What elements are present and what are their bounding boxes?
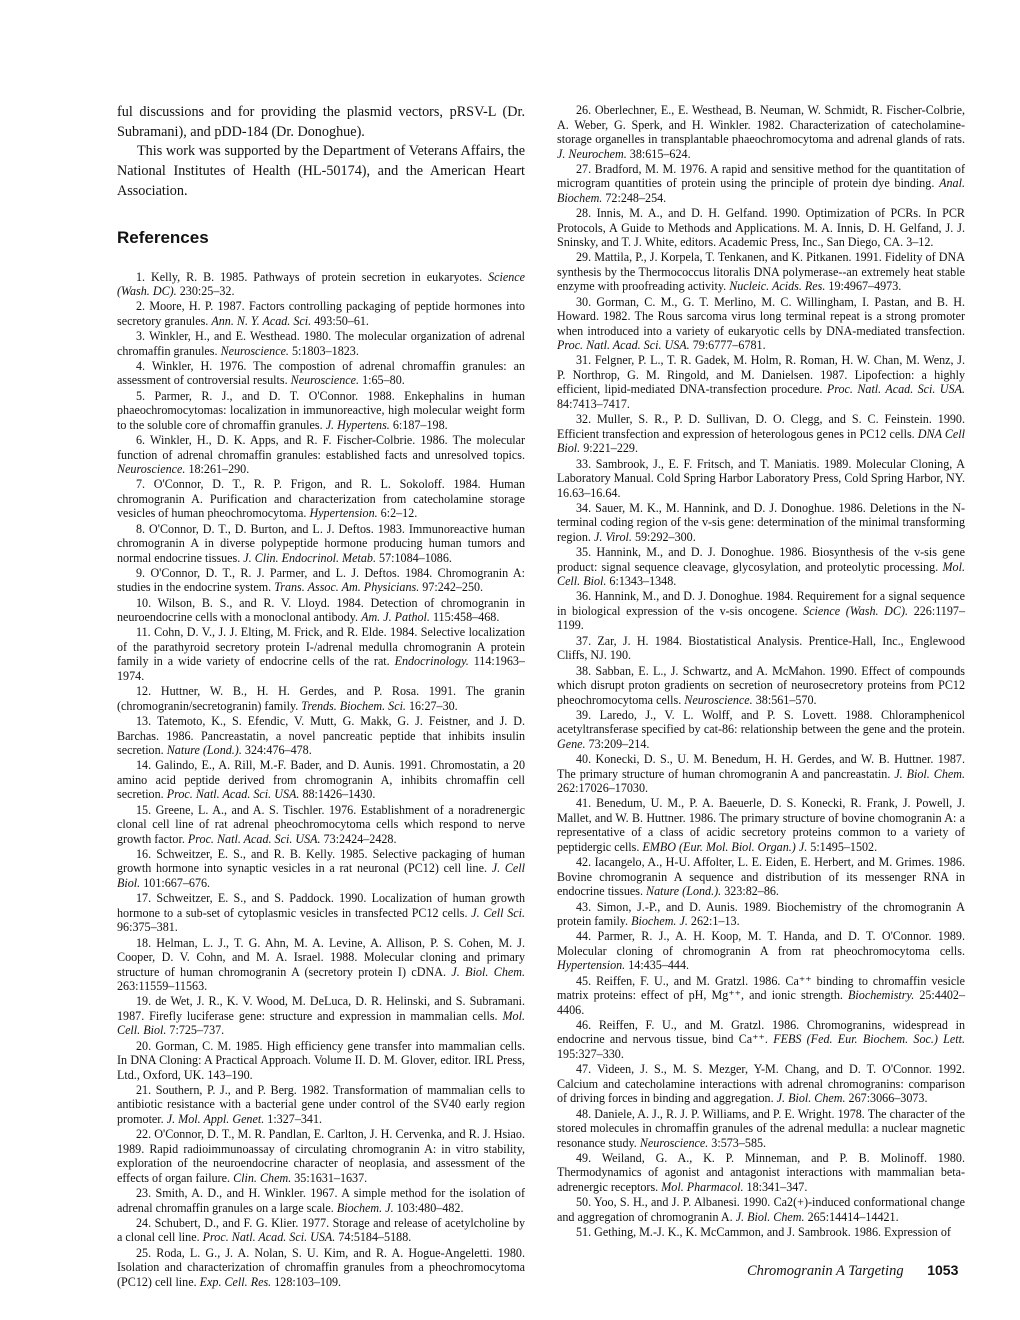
reference-citation: 96:375–381. <box>117 920 178 934</box>
reference-journal: Nature (Lond.). <box>167 743 242 757</box>
reference-item: 40. Konecki, D. S., U. M. Benedum, H. H.… <box>557 752 965 796</box>
reference-journal: FEBS (Fed. Eur. Biochem. Soc.) Lett. <box>773 1032 965 1046</box>
reference-citation: 9:221–229. <box>583 441 638 455</box>
reference-item: 19. de Wet, J. R., K. V. Wood, M. DeLuca… <box>117 994 525 1038</box>
reference-item: 48. Daniele, A. J., R. J. P. Williams, a… <box>557 1107 965 1151</box>
reference-item: 14. Galindo, E., A. Rill, M.-F. Bader, a… <box>117 758 525 802</box>
reference-number: 12. <box>136 684 151 698</box>
reference-text: Laredo, J., V. L. Wolff, and P. S. Lovet… <box>557 708 965 737</box>
reference-citation: 103:480–482. <box>397 1201 464 1215</box>
reference-item: 10. Wilson, B. S., and R. V. Lloyd. 1984… <box>117 596 525 625</box>
reference-item: 44. Parmer, R. J., A. H. Koop, M. T. Han… <box>557 929 965 973</box>
reference-item: 30. Gorman, C. M., G. T. Merlino, M. C. … <box>557 295 965 353</box>
reference-number: 49. <box>576 1151 591 1165</box>
reference-journal: Gene. <box>557 737 586 751</box>
reference-text: Gething, M.-J. K., K. McCammon, and J. S… <box>594 1225 951 1239</box>
reference-journal: J. Clin. Endocrinol. Metab. <box>243 551 376 565</box>
reference-citation: 18:261–290. <box>188 462 249 476</box>
reference-item: 4. Winkler, H. 1976. The compostion of a… <box>117 359 525 388</box>
reference-number: 13. <box>136 714 151 728</box>
reference-number: 25. <box>136 1246 151 1260</box>
page-footer: Chromogranin A Targeting 1053 <box>747 1262 958 1280</box>
reference-item: 29. Mattila, P., J. Korpela, T. Tenkanen… <box>557 250 965 294</box>
reference-item: 3. Winkler, H., and E. Westhead. 1980. T… <box>117 329 525 358</box>
reference-number: 42. <box>576 855 591 869</box>
reference-item: 41. Benedum, U. M., P. A. Baeuerle, D. S… <box>557 796 965 854</box>
reference-citation: 19:4967–4973. <box>828 279 901 293</box>
reference-item: 26. Oberlechner, E., E. Westhead, B. Neu… <box>557 103 965 161</box>
reference-number: 34. <box>576 501 591 515</box>
reference-text: Gorman, C. M., G. T. Merlino, M. C. Will… <box>557 295 965 338</box>
reference-journal: Trans. Assoc. Am. Physicians. <box>274 580 419 594</box>
reference-number: 47. <box>576 1062 591 1076</box>
reference-item: 33. Sambrook, J., E. F. Fritsch, and T. … <box>557 457 965 501</box>
reference-item: 50. Yoo, S. H., and J. P. Albanesi. 1990… <box>557 1195 965 1224</box>
reference-journal: Science (Wash. DC). <box>803 604 908 618</box>
reference-item: 49. Weiland, G. A., K. P. Minneman, and … <box>557 1151 965 1195</box>
reference-text: Hannink, M., and D. J. Donoghue. 1986. B… <box>557 545 965 574</box>
reference-citation: 14:435–444. <box>628 958 689 972</box>
reference-number: 43. <box>576 900 591 914</box>
reference-citation: 262:1–13. <box>691 914 740 928</box>
reference-journal: Neuroscience. <box>221 344 289 358</box>
reference-text: Smith, A. D., and H. Winkler. 1967. A si… <box>117 1186 525 1215</box>
reference-item: 27. Bradford, M. M. 1976. A rapid and se… <box>557 162 965 206</box>
reference-journal: Clin. Chem. <box>233 1171 291 1185</box>
reference-text: Schweitzer, E. S., and S. Paddock. 1990.… <box>117 891 525 920</box>
reference-number: 48. <box>576 1107 591 1121</box>
reference-number: 31. <box>576 353 591 367</box>
reference-number: 3. <box>136 329 145 343</box>
reference-item: 1. Kelly, R. B. 1985. Pathways of protei… <box>117 270 525 299</box>
reference-citation: 18:341–347. <box>747 1180 808 1194</box>
reference-citation: 6:187–198. <box>393 418 448 432</box>
reference-text: Winkler, H., D. K. Apps, and R. F. Fisch… <box>117 433 525 462</box>
reference-text: Parmer, R. J., and D. T. O'Connor. 1988.… <box>117 389 525 432</box>
reference-number: 4. <box>136 359 145 373</box>
reference-item: 13. Tatemoto, K., S. Efendic, V. Mutt, G… <box>117 714 525 758</box>
reference-item: 6. Winkler, H., D. K. Apps, and R. F. Fi… <box>117 433 525 477</box>
reference-item: 35. Hannink, M., and D. J. Donoghue. 198… <box>557 545 965 589</box>
reference-text: Sambrook, J., E. F. Fritsch, and T. Mani… <box>557 457 965 500</box>
reference-citation: 267:3066–3073. <box>849 1091 928 1105</box>
reference-journal: J. Virol. <box>594 530 632 544</box>
reference-citation: 16:27–30. <box>409 699 458 713</box>
reference-number: 21. <box>136 1083 151 1097</box>
reference-number: 5. <box>136 389 145 403</box>
reference-journal: J. Biol. Chem. <box>894 767 965 781</box>
reference-item: 38. Sabban, E. L., J. Schwartz, and A. M… <box>557 664 965 708</box>
reference-number: 22. <box>136 1127 151 1141</box>
reference-journal: Nucleic. Acids. Res. <box>729 279 825 293</box>
reference-text: Schweitzer, E. S., and R. B. Kelly. 1985… <box>117 847 525 876</box>
reference-item: 46. Reiffen, F. U., and M. Gratzl. 1986.… <box>557 1018 965 1062</box>
reference-journal: Ann. N. Y. Acad. Sci. <box>211 314 311 328</box>
reference-journal: Am. J. Pathol. <box>361 610 430 624</box>
reference-citation: 3:573–585. <box>711 1136 766 1150</box>
reference-journal: J. Biol. Chem. <box>451 965 525 979</box>
reference-number: 32. <box>576 412 591 426</box>
reference-citation: 84:7413–7417. <box>557 397 630 411</box>
reference-item: 20. Gorman, C. M. 1985. High efficiency … <box>117 1039 525 1083</box>
reference-citation: 195:327–330. <box>557 1047 624 1061</box>
reference-number: 14. <box>136 758 151 772</box>
reference-citation: 73:2424–2428. <box>324 832 397 846</box>
reference-citation: 97:242–250. <box>422 580 483 594</box>
reference-number: 2. <box>136 299 145 313</box>
acknowledgment-paragraph-1: ful discussions and for providing the pl… <box>117 103 525 142</box>
reference-journal: J. Mol. Appl. Genet. <box>167 1112 265 1126</box>
right-column: 26. Oberlechner, E., E. Westhead, B. Neu… <box>557 103 965 1240</box>
reference-number: 8. <box>136 522 145 536</box>
reference-journal: J. Neurochem. <box>557 147 627 161</box>
reference-number: 29. <box>576 250 591 264</box>
references-list-right: 26. Oberlechner, E., E. Westhead, B. Neu… <box>557 103 965 1239</box>
reference-text: Gorman, C. M. 1985. High efficiency gene… <box>117 1039 525 1082</box>
left-column: ful discussions and for providing the pl… <box>117 103 525 1290</box>
reference-number: 33. <box>576 457 591 471</box>
reference-number: 38. <box>576 664 591 678</box>
reference-journal: Proc. Natl. Acad. Sci. USA. <box>167 787 300 801</box>
reference-number: 11. <box>136 625 151 639</box>
reference-item: 8. O'Connor, D. T., D. Burton, and L. J.… <box>117 522 525 566</box>
reference-item: 24. Schubert, D., and F. G. Klier. 1977.… <box>117 1216 525 1245</box>
reference-journal: Mol. Pharmacol. <box>661 1180 743 1194</box>
reference-citation: 72:248–254. <box>605 191 666 205</box>
reference-citation: 324:476–478. <box>245 743 312 757</box>
reference-journal: Proc. Natl. Acad. Sci. USA. <box>827 382 965 396</box>
reference-item: 42. Iacangelo, A., H-U. Affolter, L. E. … <box>557 855 965 899</box>
reference-item: 9. O'Connor, D. T., R. J. Parmer, and L.… <box>117 566 525 595</box>
reference-text: de Wet, J. R., K. V. Wood, M. DeLuca, D.… <box>117 994 525 1023</box>
reference-citation: 323:82–86. <box>724 884 779 898</box>
reference-number: 50. <box>576 1195 591 1209</box>
reference-number: 46. <box>576 1018 591 1032</box>
reference-number: 39. <box>576 708 591 722</box>
reference-citation: 88:1426–1430. <box>302 787 375 801</box>
reference-citation: 263:11559–11563. <box>117 979 207 993</box>
reference-number: 7. <box>136 477 145 491</box>
reference-item: 51. Gething, M.-J. K., K. McCammon, and … <box>557 1225 965 1240</box>
reference-number: 23. <box>136 1186 151 1200</box>
reference-journal: Neuroscience. <box>684 693 752 707</box>
references-heading: References <box>117 228 525 248</box>
reference-text: Parmer, R. J., A. H. Koop, M. T. Handa, … <box>557 929 965 958</box>
reference-citation: 115:458–468. <box>433 610 499 624</box>
acknowledgment-paragraph-2: This work was supported by the Departmen… <box>117 142 525 201</box>
reference-item: 22. O'Connor, D. T., M. R. Pandlan, E. C… <box>117 1127 525 1185</box>
reference-citation: 73:209–214. <box>589 737 650 751</box>
reference-item: 5. Parmer, R. J., and D. T. O'Connor. 19… <box>117 389 525 433</box>
reference-citation: 79:6777–6781. <box>693 338 766 352</box>
reference-item: 31. Felgner, P. L., T. R. Gadek, M. Holm… <box>557 353 965 411</box>
reference-number: 19. <box>136 994 151 1008</box>
reference-journal: Neuroscience. <box>291 373 359 387</box>
reference-text: Muller, S. R., P. D. Sullivan, D. O. Cle… <box>557 412 965 441</box>
reference-item: 2. Moore, H. P. 1987. Factors controllin… <box>117 299 525 328</box>
reference-item: 21. Southern, P. J., and P. Berg. 1982. … <box>117 1083 525 1127</box>
reference-citation: 230:25–32. <box>180 284 235 298</box>
reference-citation: 5:1803–1823. <box>292 344 359 358</box>
reference-journal: Nature (Lond.). <box>646 884 721 898</box>
reference-citation: 38:615–624. <box>630 147 691 161</box>
reference-item: 15. Greene, L. A., and A. S. Tischler. 1… <box>117 803 525 847</box>
reference-item: 39. Laredo, J., V. L. Wolff, and P. S. L… <box>557 708 965 752</box>
reference-number: 30. <box>576 295 591 309</box>
reference-journal: Biochem. J. <box>631 914 688 928</box>
reference-item: 36. Hannink, M., and D. J. Donoghue. 198… <box>557 589 965 633</box>
reference-number: 51. <box>576 1225 591 1239</box>
reference-item: 7. O'Connor, D. T., R. P. Frigon, and R.… <box>117 477 525 521</box>
reference-item: 43. Simon, J.-P., and D. Aunis. 1989. Bi… <box>557 900 965 929</box>
reference-item: 12. Huttner, W. B., H. H. Gerdes, and P.… <box>117 684 525 713</box>
reference-item: 17. Schweitzer, E. S., and S. Paddock. 1… <box>117 891 525 935</box>
reference-number: 9. <box>136 566 145 580</box>
running-title: Chromogranin A Targeting <box>747 1263 904 1279</box>
reference-citation: 128:103–109. <box>274 1275 341 1289</box>
reference-journal: Hypertension. <box>557 958 625 972</box>
reference-item: 25. Roda, L. G., J. A. Nolan, S. U. Kim,… <box>117 1246 525 1290</box>
reference-number: 41. <box>576 796 591 810</box>
reference-item: 23. Smith, A. D., and H. Winkler. 1967. … <box>117 1186 525 1215</box>
reference-number: 28. <box>576 206 591 220</box>
reference-number: 26. <box>576 103 591 117</box>
reference-citation: 265:14414–14421. <box>808 1210 899 1224</box>
reference-journal: Proc. Natl. Acad. Sci. USA. <box>188 832 321 846</box>
reference-journal: Biochemistry. <box>848 988 914 1002</box>
reference-citation: 493:50–61. <box>314 314 369 328</box>
reference-number: 20. <box>136 1039 151 1053</box>
reference-citation: 38:561–570. <box>756 693 817 707</box>
reference-number: 35. <box>576 545 591 559</box>
reference-text: Innis, M. A., and D. H. Gelfand. 1990. O… <box>557 206 965 249</box>
reference-number: 15. <box>136 803 151 817</box>
reference-item: 28. Innis, M. A., and D. H. Gelfand. 199… <box>557 206 965 250</box>
reference-item: 16. Schweitzer, E. S., and R. B. Kelly. … <box>117 847 525 891</box>
reference-journal: Neuroscience. <box>640 1136 708 1150</box>
reference-citation: 35:1631–1637. <box>294 1171 367 1185</box>
reference-number: 18. <box>136 936 151 950</box>
reference-citation: 6:1343–1348. <box>609 574 676 588</box>
reference-citation: 5:1495–1502. <box>810 840 877 854</box>
reference-journal: J. Hypertens. <box>326 418 390 432</box>
reference-number: 40. <box>576 752 591 766</box>
reference-number: 24. <box>136 1216 151 1230</box>
reference-citation: 59:292–300. <box>635 530 696 544</box>
reference-text: Zar, J. H. 1984. Biostatistical Analysis… <box>557 634 965 663</box>
reference-citation: 7:725–737. <box>169 1023 224 1037</box>
reference-citation: 6:2–12. <box>381 506 418 520</box>
reference-item: 45. Reiffen, F. U., and M. Gratzl. 1986.… <box>557 974 965 1018</box>
reference-journal: J. Cell Sci. <box>471 906 525 920</box>
reference-text: Kelly, R. B. 1985. Pathways of protein s… <box>151 270 482 284</box>
reference-text: Oberlechner, E., E. Westhead, B. Neuman,… <box>557 103 965 146</box>
reference-journal: Trends. Biochem. Sci. <box>301 699 406 713</box>
reference-citation: 1:65–80. <box>362 373 405 387</box>
reference-journal: EMBO (Eur. Mol. Biol. Organ.) J. <box>642 840 807 854</box>
reference-citation: 1:327–341. <box>267 1112 322 1126</box>
references-list-left: 1. Kelly, R. B. 1985. Pathways of protei… <box>117 270 525 1290</box>
reference-item: 32. Muller, S. R., P. D. Sullivan, D. O.… <box>557 412 965 456</box>
reference-text: Bradford, M. M. 1976. A rapid and sensit… <box>557 162 965 191</box>
reference-journal: Biochem. J. <box>337 1201 394 1215</box>
reference-number: 1. <box>136 270 145 284</box>
page-number: 1053 <box>927 1262 958 1278</box>
reference-number: 36. <box>576 589 591 603</box>
reference-text: Simon, J.-P., and D. Aunis. 1989. Bioche… <box>557 900 965 929</box>
reference-item: 11. Cohn, D. V., J. J. Elting, M. Frick,… <box>117 625 525 683</box>
reference-number: 37. <box>576 634 591 648</box>
reference-journal: Hypertension. <box>309 506 377 520</box>
reference-journal: J. Biol. Chem. <box>777 1091 846 1105</box>
reference-number: 17. <box>136 891 151 905</box>
reference-journal: Endocrinology. <box>395 654 469 668</box>
reference-number: 16. <box>136 847 151 861</box>
reference-citation: 262:17026–17030. <box>557 781 648 795</box>
reference-journal: Proc. Natl. Acad. Sci. USA. <box>557 338 690 352</box>
reference-journal: Neuroscience. <box>117 462 185 476</box>
reference-journal: J. Biol. Chem. <box>736 1210 805 1224</box>
reference-citation: 101:667–676. <box>143 876 210 890</box>
reference-number: 27. <box>576 162 591 176</box>
reference-number: 6. <box>136 433 145 447</box>
reference-number: 10. <box>136 596 151 610</box>
reference-item: 34. Sauer, M. K., M. Hannink, and D. J. … <box>557 501 965 545</box>
reference-journal: Exp. Cell. Res. <box>200 1275 272 1289</box>
reference-number: 44. <box>576 929 591 943</box>
reference-citation: 57:1084–1086. <box>379 551 452 565</box>
reference-journal: Proc. Natl. Acad. Sci. USA. <box>203 1230 336 1244</box>
reference-item: 18. Helman, L. J., T. G. Ahn, M. A. Levi… <box>117 936 525 994</box>
reference-item: 47. Videen, J. S., M. S. Mezger, Y-M. Ch… <box>557 1062 965 1106</box>
reference-text: Greene, L. A., and A. S. Tischler. 1976.… <box>117 803 525 846</box>
reference-item: 37. Zar, J. H. 1984. Biostatistical Anal… <box>557 634 965 663</box>
reference-citation: 74:5184–5188. <box>338 1230 411 1244</box>
reference-number: 45. <box>576 974 591 988</box>
